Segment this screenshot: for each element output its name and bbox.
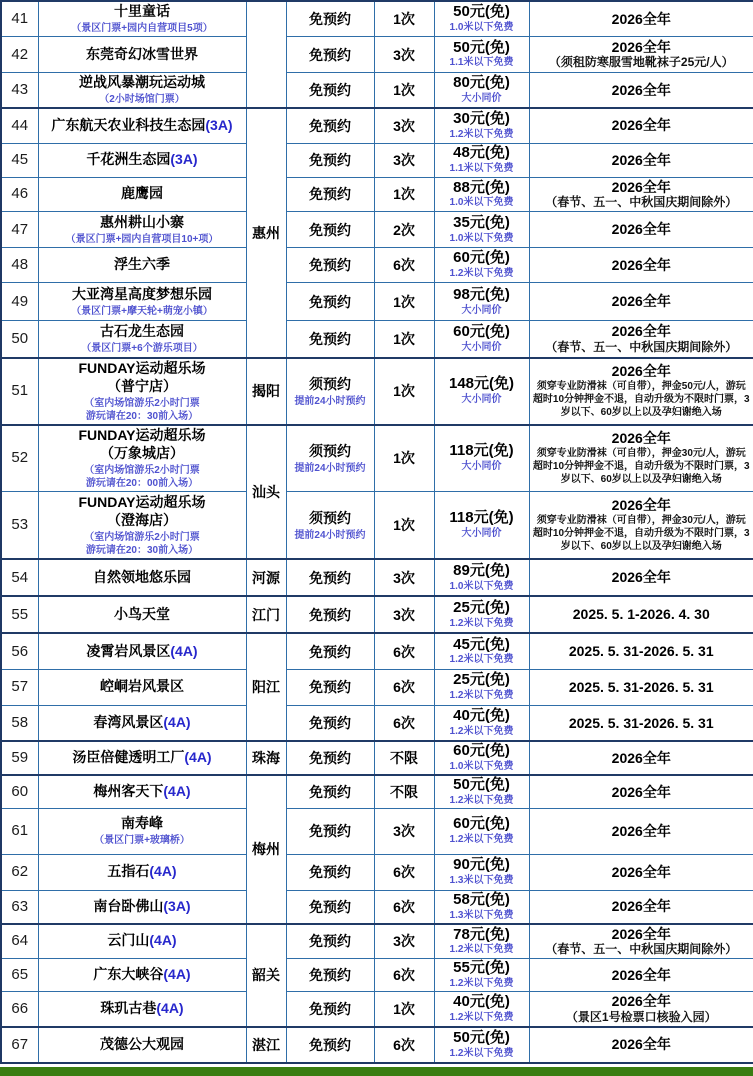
price-label: 30元(免) — [437, 111, 527, 127]
attraction-note: （室内场馆游乐2小时门票 游玩请在20：30前入场） — [41, 531, 244, 557]
booking-cell: 免预约 — [286, 596, 374, 633]
attraction-name-cell: 春湾风景区(4A) — [38, 705, 246, 741]
booking-label: 须预约 — [309, 510, 351, 526]
row-number: 41 — [11, 10, 28, 27]
booking-cell: 须预约提前24小时预约 — [286, 425, 374, 492]
times-cell: 1次 — [374, 321, 434, 358]
times-cell: 1次 — [374, 177, 434, 212]
validity-label: 2026全年 — [532, 926, 752, 943]
times-label: 6次 — [393, 715, 415, 731]
table-row: 62五指石(4A)免预约6次90元(免)1.3米以下免费2026全年 — [1, 854, 753, 890]
times-cell: 6次 — [374, 705, 434, 741]
price-cell: 50元(免)1.1米以下免费 — [434, 37, 529, 73]
region-label: 阳江 — [252, 679, 280, 695]
price-note: 大小同价 — [437, 527, 527, 540]
validity-label: 2026全年 — [532, 784, 752, 801]
validity-cell: 2026全年 — [529, 808, 753, 854]
attraction-name-cell: 小鸟天堂 — [38, 596, 246, 633]
booking-cell: 免预约 — [286, 559, 374, 596]
booking-label: 免预约 — [309, 47, 351, 63]
attraction-name: 崆峒岩风景区 — [100, 678, 184, 694]
row-number: 45 — [11, 151, 28, 168]
price-cell: 148元(免)大小同价 — [434, 358, 529, 425]
validity-label: 2026全年 — [532, 898, 752, 915]
booking-label: 免预约 — [309, 222, 351, 238]
times-label: 1次 — [393, 11, 415, 27]
row-number: 60 — [11, 783, 28, 800]
times-cell: 1次 — [374, 1, 434, 37]
price-cell: 60元(免)1.2米以下免费 — [434, 248, 529, 283]
booking-note: 提前24小时预约 — [289, 395, 372, 408]
times-label: 1次 — [393, 82, 415, 98]
times-cell: 1次 — [374, 992, 434, 1027]
row-number: 63 — [11, 898, 28, 915]
attraction-name-cell: 自然领地悠乐园 — [38, 559, 246, 596]
attraction-name: 南寿峰 — [121, 815, 163, 831]
row-number-cell: 51 — [1, 358, 38, 425]
attraction-name: 东莞奇幻冰雪世界 — [86, 46, 198, 62]
price-note: 1.2米以下免费 — [437, 725, 527, 738]
validity-label: 2026全年 — [532, 179, 752, 196]
times-cell: 1次 — [374, 283, 434, 321]
times-cell: 2次 — [374, 212, 434, 248]
price-label: 88元(免) — [437, 180, 527, 196]
table-row: 54自然领地悠乐园河源免预约3次89元(免)1.0米以下免费2026全年 — [1, 559, 753, 596]
attraction-name-cell: FUNDAY运动超乐场 （澄海店）（室内场馆游乐2小时门票 游玩请在20：30前… — [38, 491, 246, 559]
price-label: 80元(免) — [437, 75, 527, 91]
price-cell: 25元(免)1.2米以下免费 — [434, 596, 529, 633]
validity-cell: 2026全年（春节、五一、中秋国庆期间除外） — [529, 924, 753, 959]
attraction-rating: (4A) — [156, 1000, 183, 1016]
attraction-note: （室内场馆游乐2小时门票 游玩请在20：00前入场） — [41, 464, 244, 490]
booking-note: 提前24小时预约 — [289, 462, 372, 475]
row-number: 62 — [11, 863, 28, 880]
region-cell: 河源 — [246, 559, 286, 596]
validity-label: 2026全年 — [532, 221, 752, 238]
validity-cell: 2026全年须穿专业防滑袜（可自带），押金30元/人，游玩超时10分钟押金不退，… — [529, 425, 753, 492]
validity-label: 2026全年 — [532, 569, 752, 586]
row-number: 65 — [11, 966, 28, 983]
table-row: 42东莞奇幻冰雪世界免预约3次50元(免)1.1米以下免费2026全年（须租防寒… — [1, 37, 753, 73]
times-cell: 6次 — [374, 890, 434, 923]
times-label: 不限 — [390, 750, 418, 766]
row-number-cell: 41 — [1, 1, 38, 37]
attraction-name: 十里童话 — [114, 3, 170, 19]
booking-cell: 须预约提前24小时预约 — [286, 358, 374, 425]
attraction-name: FUNDAY运动超乐场 （澄海店） — [78, 494, 205, 528]
price-note: 1.3米以下免费 — [437, 874, 527, 887]
attraction-name-cell: 浮生六季 — [38, 248, 246, 283]
price-cell: 60元(免)1.2米以下免费 — [434, 808, 529, 854]
price-label: 48元(免) — [437, 145, 527, 161]
price-label: 40元(免) — [437, 994, 527, 1010]
attraction-note: （景区门票+摩天轮+萌宠小镇） — [41, 305, 244, 318]
attraction-name: 珠玑古巷 — [100, 1000, 156, 1016]
row-number-cell: 48 — [1, 248, 38, 283]
validity-label: 2025. 5. 31-2026. 5. 31 — [532, 715, 752, 732]
booking-label: 须预约 — [309, 443, 351, 459]
booking-label: 免预约 — [309, 784, 351, 800]
price-note: 1.3米以下免费 — [437, 909, 527, 922]
booking-cell: 免预约 — [286, 212, 374, 248]
row-number-cell: 56 — [1, 633, 38, 669]
attraction-name: FUNDAY运动超乐场 （普宁店） — [78, 360, 205, 394]
row-number: 56 — [11, 643, 28, 660]
attraction-name: 千花洲生态园 — [86, 151, 170, 167]
attraction-name-cell: 汤臣倍健透明工厂(4A) — [38, 741, 246, 775]
table-row: 47惠州耕山小寨（景区门票+园内自营项目10+项）免预约2次35元(免)1.0米… — [1, 212, 753, 248]
attraction-name: 广东航天农业科技生态园 — [51, 117, 205, 133]
attraction-rating: (3A) — [170, 151, 197, 167]
validity-cell: 2025. 5. 31-2026. 5. 31 — [529, 669, 753, 705]
table-row: 49大亚湾星高度梦想乐园（景区门票+摩天轮+萌宠小镇）免预约1次98元(免)大小… — [1, 283, 753, 321]
validity-note: （春节、五一、中秋国庆期间除外） — [532, 195, 752, 210]
attraction-rating: (4A) — [163, 966, 190, 982]
validity-cell: 2026全年 — [529, 212, 753, 248]
validity-label: 2026全年 — [532, 363, 752, 380]
row-number: 51 — [11, 382, 28, 399]
attraction-name-cell: 南寿峰（景区门票+玻璃桥） — [38, 808, 246, 854]
attraction-note: （景区门票+6个游乐项目） — [41, 342, 244, 355]
times-cell: 不限 — [374, 741, 434, 775]
times-label: 3次 — [393, 823, 415, 839]
attraction-rating: (4A) — [163, 783, 190, 799]
price-label: 50元(免) — [437, 777, 527, 793]
price-cell: 88元(免)1.0米以下免费 — [434, 177, 529, 212]
times-label: 3次 — [393, 152, 415, 168]
validity-cell: 2026全年 — [529, 73, 753, 109]
booking-cell: 免预约 — [286, 959, 374, 992]
validity-cell: 2026全年（须租防寒服雪地靴袜子25元/人） — [529, 37, 753, 73]
table-row: 63南台卧佛山(3A)免预约6次58元(免)1.3米以下免费2026全年 — [1, 890, 753, 923]
price-label: 78元(免) — [437, 927, 527, 943]
price-label: 98元(免) — [437, 287, 527, 303]
attraction-name-cell: FUNDAY运动超乐场 （万象城店）（室内场馆游乐2小时门票 游玩请在20：00… — [38, 425, 246, 492]
row-number-cell: 49 — [1, 283, 38, 321]
attraction-rating: (3A) — [163, 898, 190, 914]
booking-label: 免预约 — [309, 257, 351, 273]
row-number-cell: 67 — [1, 1027, 38, 1063]
region-label: 揭阳 — [252, 383, 280, 399]
attraction-name: 浮生六季 — [114, 256, 170, 272]
price-label: 60元(免) — [437, 324, 527, 340]
booking-label: 免预约 — [309, 331, 351, 347]
row-number: 53 — [11, 516, 28, 533]
times-label: 1次 — [393, 450, 415, 466]
attraction-name-cell: 大亚湾星高度梦想乐园（景区门票+摩天轮+萌宠小镇） — [38, 283, 246, 321]
attraction-note: （2小时场馆门票） — [41, 93, 244, 106]
validity-label: 2025. 5. 31-2026. 5. 31 — [532, 643, 752, 660]
times-cell: 3次 — [374, 559, 434, 596]
booking-label: 免预约 — [309, 1037, 351, 1053]
validity-label: 2026全年 — [532, 11, 752, 28]
booking-label: 免预约 — [309, 118, 351, 134]
validity-note: 须穿专业防滑袜（可自带），押金30元/人，游玩超时10分钟押金不退，自动升级为不… — [532, 447, 752, 487]
attraction-name-cell: 千花洲生态园(3A) — [38, 143, 246, 177]
booking-cell: 免预约 — [286, 924, 374, 959]
attraction-name-cell: 广东航天农业科技生态园(3A) — [38, 108, 246, 143]
row-number-cell: 66 — [1, 992, 38, 1027]
times-cell: 1次 — [374, 73, 434, 109]
booking-cell: 免预约 — [286, 890, 374, 923]
row-number: 49 — [11, 293, 28, 310]
row-number: 59 — [11, 749, 28, 766]
booking-cell: 免预约 — [286, 741, 374, 775]
table-row: 52FUNDAY运动超乐场 （万象城店）（室内场馆游乐2小时门票 游玩请在20：… — [1, 425, 753, 492]
price-label: 118元(免) — [437, 443, 527, 459]
attraction-name: 古石龙生态园 — [100, 323, 184, 339]
price-note: 大小同价 — [437, 341, 527, 354]
times-cell: 3次 — [374, 108, 434, 143]
price-cell: 90元(免)1.3米以下免费 — [434, 854, 529, 890]
attraction-name-cell: 梅州客天下(4A) — [38, 775, 246, 808]
booking-cell: 免预约 — [286, 177, 374, 212]
attraction-name: 春湾风景区 — [93, 714, 163, 730]
booking-label: 免预约 — [309, 11, 351, 27]
validity-cell: 2026全年（景区1号检票口核验入园） — [529, 992, 753, 1027]
row-number-cell: 64 — [1, 924, 38, 959]
region-label: 惠州 — [252, 225, 280, 241]
attraction-rating: (3A) — [205, 117, 232, 133]
price-cell: 30元(免)1.2米以下免费 — [434, 108, 529, 143]
attraction-name-cell: 广东大峡谷(4A) — [38, 959, 246, 992]
row-number: 57 — [11, 678, 28, 695]
table-row: 65广东大峡谷(4A)免预约6次55元(免)1.2米以下免费2026全年 — [1, 959, 753, 992]
validity-label: 2026全年 — [532, 750, 752, 767]
table-row: 41十里童话（景区门票+园内自营项目5项）免预约1次50元(免)1.0米以下免费… — [1, 1, 753, 37]
times-label: 1次 — [393, 186, 415, 202]
price-cell: 78元(免)1.2米以下免费 — [434, 924, 529, 959]
price-note: 1.2米以下免费 — [437, 833, 527, 846]
price-note: 大小同价 — [437, 393, 527, 406]
price-label: 25元(免) — [437, 672, 527, 688]
times-label: 6次 — [393, 899, 415, 915]
attraction-name-cell: 东莞奇幻冰雪世界 — [38, 37, 246, 73]
row-number: 54 — [11, 569, 28, 586]
row-number-cell: 47 — [1, 212, 38, 248]
price-note: 1.2米以下免费 — [437, 794, 527, 807]
attraction-name: 云门山 — [107, 932, 149, 948]
validity-cell: 2025. 5. 31-2026. 5. 31 — [529, 705, 753, 741]
times-label: 不限 — [390, 784, 418, 800]
times-cell: 1次 — [374, 358, 434, 425]
region-label: 汕头 — [252, 484, 280, 500]
validity-cell: 2026全年须穿专业防滑袜（可自带），押金30元/人，游玩超时10分钟押金不退，… — [529, 491, 753, 559]
booking-label: 免预约 — [309, 607, 351, 623]
times-label: 3次 — [393, 607, 415, 623]
table-row: 51FUNDAY运动超乐场 （普宁店）（室内场馆游乐2小时门票 游玩请在20：3… — [1, 358, 753, 425]
times-cell: 6次 — [374, 669, 434, 705]
booking-label: 免预约 — [309, 644, 351, 660]
region-label: 河源 — [252, 570, 280, 586]
price-note: 1.0米以下免费 — [437, 580, 527, 593]
validity-cell: 2026全年（春节、五一、中秋国庆期间除外） — [529, 321, 753, 358]
row-number: 58 — [11, 714, 28, 731]
region-label: 珠海 — [252, 750, 280, 766]
price-cell: 40元(免)1.2米以下免费 — [434, 705, 529, 741]
price-cell: 118元(免)大小同价 — [434, 425, 529, 492]
attraction-name: 凌霄岩风景区 — [86, 643, 170, 659]
validity-cell: 2026全年（春节、五一、中秋国庆期间除外） — [529, 177, 753, 212]
price-cell: 60元(免)1.0米以下免费 — [434, 741, 529, 775]
times-cell: 不限 — [374, 775, 434, 808]
attraction-name: 自然领地悠乐园 — [93, 569, 191, 585]
booking-label: 免预约 — [309, 899, 351, 915]
region-cell: 阳江 — [246, 633, 286, 741]
attraction-name-cell: 凌霄岩风景区(4A) — [38, 633, 246, 669]
price-cell: 58元(免)1.3米以下免费 — [434, 890, 529, 923]
price-label: 89元(免) — [437, 563, 527, 579]
booking-label: 免预约 — [309, 82, 351, 98]
times-cell: 1次 — [374, 425, 434, 492]
validity-cell: 2026全年 — [529, 143, 753, 177]
booking-cell: 免预约 — [286, 248, 374, 283]
price-cell: 60元(免)大小同价 — [434, 321, 529, 358]
booking-label: 免预约 — [309, 967, 351, 983]
row-number-cell: 65 — [1, 959, 38, 992]
row-number: 64 — [11, 932, 28, 949]
table-row: 66珠玑古巷(4A)免预约1次40元(免)1.2米以下免费2026全年（景区1号… — [1, 992, 753, 1027]
price-cell: 35元(免)1.0米以下免费 — [434, 212, 529, 248]
row-number: 43 — [11, 81, 28, 98]
price-label: 35元(免) — [437, 215, 527, 231]
validity-cell: 2026全年 — [529, 854, 753, 890]
validity-label: 2025. 5. 31-2026. 5. 31 — [532, 679, 752, 696]
times-label: 6次 — [393, 1037, 415, 1053]
region-cell: 汕头 — [246, 425, 286, 560]
price-note: 1.2米以下免费 — [437, 1011, 527, 1024]
price-note: 1.0米以下免费 — [437, 760, 527, 773]
attraction-rating: (4A) — [184, 749, 211, 765]
region-cell — [246, 1, 286, 108]
row-number: 44 — [11, 117, 28, 134]
price-label: 50元(免) — [437, 1030, 527, 1046]
booking-cell: 免预约 — [286, 669, 374, 705]
attraction-name: 茂德公大观园 — [100, 1036, 184, 1052]
region-label: 梅州 — [252, 841, 280, 857]
booking-cell: 免预约 — [286, 705, 374, 741]
validity-cell: 2026全年 — [529, 1027, 753, 1063]
price-label: 90元(免) — [437, 857, 527, 873]
booking-cell: 免预约 — [286, 37, 374, 73]
price-cell: 48元(免)1.1米以下免费 — [434, 143, 529, 177]
validity-cell: 2025. 5. 31-2026. 5. 31 — [529, 633, 753, 669]
table-row: 58春湾风景区(4A)免预约6次40元(免)1.2米以下免费2025. 5. 3… — [1, 705, 753, 741]
region-cell: 湛江 — [246, 1027, 286, 1063]
row-number-cell: 62 — [1, 854, 38, 890]
booking-cell: 免预约 — [286, 808, 374, 854]
booking-cell: 须预约提前24小时预约 — [286, 491, 374, 559]
price-label: 50元(免) — [437, 4, 527, 20]
region-cell: 揭阳 — [246, 358, 286, 425]
row-number: 47 — [11, 221, 28, 238]
times-cell: 6次 — [374, 959, 434, 992]
booking-cell: 免预约 — [286, 854, 374, 890]
region-label: 韶关 — [252, 967, 280, 983]
row-number-cell: 63 — [1, 890, 38, 923]
table-row: 67茂德公大观园湛江免预约6次50元(免)1.2米以下免费2026全年 — [1, 1027, 753, 1063]
attraction-name-cell: 十里童话（景区门票+园内自营项目5项） — [38, 1, 246, 37]
table-row: 56凌霄岩风景区(4A)阳江免预约6次45元(免)1.2米以下免费2025. 5… — [1, 633, 753, 669]
validity-label: 2026全年 — [532, 864, 752, 881]
row-number-cell: 61 — [1, 808, 38, 854]
table-body: 41十里童话（景区门票+园内自营项目5项）免预约1次50元(免)1.0米以下免费… — [1, 1, 753, 1063]
table-row: 59汤臣倍健透明工厂(4A)珠海免预约不限60元(免)1.0米以下免费2026全… — [1, 741, 753, 775]
price-cell: 40元(免)1.2米以下免费 — [434, 992, 529, 1027]
booking-label: 免预约 — [309, 823, 351, 839]
table-row: 46鹿鹰园免预约1次88元(免)1.0米以下免费2026全年（春节、五一、中秋国… — [1, 177, 753, 212]
price-cell: 55元(免)1.2米以下免费 — [434, 959, 529, 992]
price-note: 1.2米以下免费 — [437, 689, 527, 702]
row-number: 67 — [11, 1036, 28, 1053]
validity-label: 2026全年 — [532, 430, 752, 447]
row-number: 52 — [11, 449, 28, 466]
price-note: 大小同价 — [437, 460, 527, 473]
attraction-rating: (4A) — [170, 643, 197, 659]
validity-cell: 2026全年 — [529, 108, 753, 143]
region-label: 湛江 — [252, 1037, 280, 1053]
validity-note: （春节、五一、中秋国庆期间除外） — [532, 942, 752, 957]
times-cell: 3次 — [374, 808, 434, 854]
row-number: 46 — [11, 185, 28, 202]
attraction-name-cell: 南台卧佛山(3A) — [38, 890, 246, 923]
times-label: 3次 — [393, 933, 415, 949]
price-label: 40元(免) — [437, 708, 527, 724]
times-cell: 3次 — [374, 37, 434, 73]
booking-note: 提前24小时预约 — [289, 529, 372, 542]
validity-cell: 2025. 5. 1-2026. 4. 30 — [529, 596, 753, 633]
attraction-name: 五指石 — [107, 863, 149, 879]
times-label: 1次 — [393, 1001, 415, 1017]
region-cell: 珠海 — [246, 741, 286, 775]
attraction-name: 大亚湾星高度梦想乐园 — [72, 286, 212, 302]
price-cell: 118元(免)大小同价 — [434, 491, 529, 559]
price-label: 58元(免) — [437, 892, 527, 908]
validity-cell: 2026全年 — [529, 1, 753, 37]
validity-cell: 2026全年 — [529, 890, 753, 923]
booking-label: 免预约 — [309, 750, 351, 766]
validity-label: 2026全年 — [532, 967, 752, 984]
price-label: 60元(免) — [437, 816, 527, 832]
attraction-name: 梅州客天下 — [93, 783, 163, 799]
times-cell: 3次 — [374, 924, 434, 959]
attraction-note: （景区门票+园内自营项目5项） — [41, 22, 244, 35]
price-note: 1.2米以下免费 — [437, 977, 527, 990]
validity-cell: 2026全年 — [529, 959, 753, 992]
region-label: 江门 — [252, 607, 280, 623]
validity-label: 2026全年 — [532, 152, 752, 169]
validity-cell: 2026全年须穿专业防滑袜（可自带），押金50元/人，游玩超时10分钟押金不退，… — [529, 358, 753, 425]
times-label: 6次 — [393, 679, 415, 695]
row-number: 42 — [11, 46, 28, 63]
attraction-name: 小鸟天堂 — [114, 606, 170, 622]
times-label: 1次 — [393, 517, 415, 533]
validity-label: 2026全年 — [532, 1036, 752, 1053]
table-row: 53FUNDAY运动超乐场 （澄海店）（室内场馆游乐2小时门票 游玩请在20：3… — [1, 491, 753, 559]
booking-cell: 免预约 — [286, 775, 374, 808]
table-row: 48浮生六季免预约6次60元(免)1.2米以下免费2026全年 — [1, 248, 753, 283]
booking-label: 免预约 — [309, 679, 351, 695]
times-label: 6次 — [393, 257, 415, 273]
attraction-name: 广东大峡谷 — [93, 966, 163, 982]
table-row: 45千花洲生态园(3A)免预约3次48元(免)1.1米以下免费2026全年 — [1, 143, 753, 177]
attraction-name: 逆战风暴潮玩运动城 — [79, 74, 205, 90]
times-cell: 6次 — [374, 633, 434, 669]
row-number: 55 — [11, 606, 28, 623]
times-label: 1次 — [393, 331, 415, 347]
price-cell: 89元(免)1.0米以下免费 — [434, 559, 529, 596]
booking-cell: 免预约 — [286, 1, 374, 37]
